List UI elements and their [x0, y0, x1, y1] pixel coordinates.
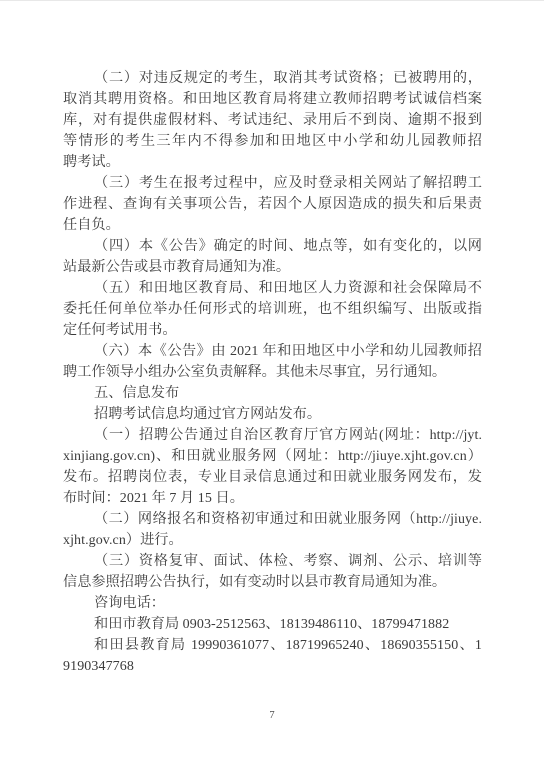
text-line: 委托任何单位举办任何形式的培训班，也不组织编写、出版或指	[63, 299, 482, 320]
text-line: 聘考试。	[63, 152, 482, 173]
text-line: （二）对违反规定的考生，取消其考试资格；已被聘用的，	[63, 68, 482, 89]
text-line: （五）和田地区教育局、和田地区人力资源和社会保障局不	[63, 278, 482, 299]
text-line: （一）招聘公告通过自治区教育厅官方网站(网址：http://jyt.	[63, 425, 482, 446]
text-line: （六）本《公告》由 2021 年和田地区中小学和幼儿园教师招	[63, 341, 482, 362]
text-line: 库，对有提供虚假材料、考试违纪、录用后不到岗、逾期不报到	[63, 110, 482, 131]
text-line: 和田市教育局 0903-2512563、18139486110、18799471…	[63, 614, 482, 635]
document-page: （二）对违反规定的考生，取消其考试资格；已被聘用的，取消其聘用资格。和田地区教育…	[0, 0, 544, 769]
text-line: 发布。招聘岗位表，专业目录信息通过和田就业服务网发布，发	[63, 467, 482, 488]
text-line: 任自负。	[63, 215, 482, 236]
section-heading: 五、信息发布	[63, 383, 482, 404]
text-line: 作进程、查询有关事项公告，若因个人原因造成的损失和后果责	[63, 194, 482, 215]
text-line: 和田县教育局 19990361077、18719965240、186903551…	[63, 635, 482, 656]
text-line: （三）资格复审、面试、体检、考察、调剂、公示、培训等	[63, 551, 482, 572]
text-line: 9190347768	[63, 656, 482, 677]
text-line: xjht.gov.cn）进行。	[63, 530, 482, 551]
page-number: 7	[0, 710, 544, 721]
text-line: 等情形的考生三年内不得参加和田地区中小学和幼儿园教师招	[63, 131, 482, 152]
document-body: （二）对违反规定的考生，取消其考试资格；已被聘用的，取消其聘用资格。和田地区教育…	[63, 68, 482, 677]
text-line: xinjiang.gov.cn)、和田就业服务网（网址：http://jiuye…	[63, 446, 482, 467]
text-line: 聘工作领导小组办公室负责解释。其他未尽事宜，另行通知。	[63, 362, 482, 383]
text-line: （四）本《公告》确定的时间、地点等，如有变化的，以网	[63, 236, 482, 257]
text-line: 咨询电话：	[63, 593, 482, 614]
text-line: 布时间：2021 年 7 月 15 日。	[63, 488, 482, 509]
text-line: 定任何考试用书。	[63, 320, 482, 341]
text-line: （三）考生在报考过程中，应及时登录相关网站了解招聘工	[63, 173, 482, 194]
text-line: （二）网络报名和资格初审通过和田就业服务网（http://jiuye.	[63, 509, 482, 530]
text-line: 信息参照招聘公告执行，如有变动时以县市教育局通知为准。	[63, 572, 482, 593]
text-line: 取消其聘用资格。和田地区教育局将建立教师招聘考试诚信档案	[63, 89, 482, 110]
text-line: 招聘考试信息均通过官方网站发布。	[63, 404, 482, 425]
text-line: 站最新公告或县市教育局通知为准。	[63, 257, 482, 278]
